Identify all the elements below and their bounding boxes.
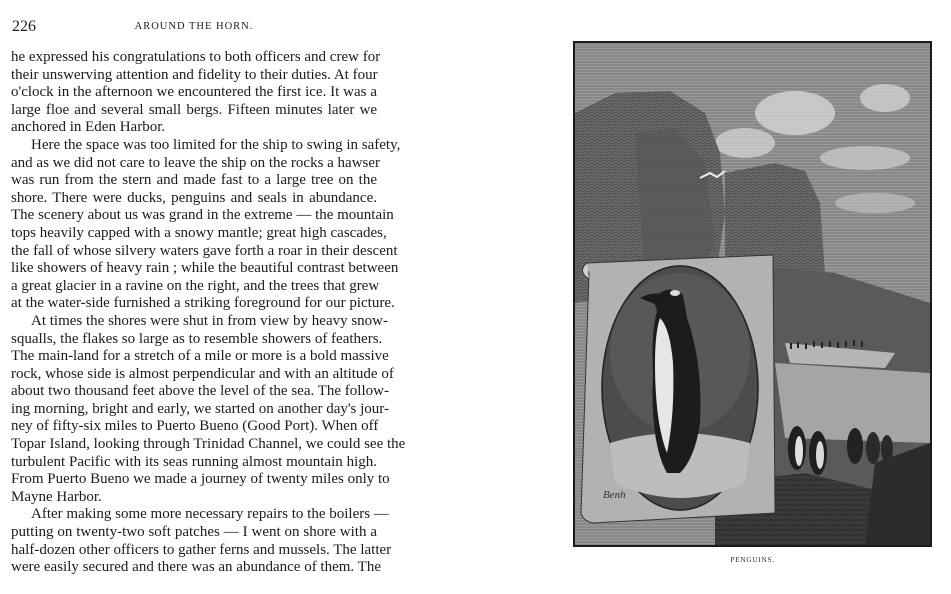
text-line: Here the space was too limited for the s…	[11, 137, 377, 155]
text-line: tops heavily capped with a snowy mantle;…	[11, 225, 377, 243]
right-page: Benh PENGUINS.	[420, 0, 951, 594]
text-line: squalls, the flakes so large as to resem…	[11, 331, 377, 349]
left-page: 226 AROUND THE HORN. he expressed his co…	[0, 0, 420, 594]
svg-text:Benh: Benh	[603, 489, 626, 501]
text-line: From Puerto Bueno we made a journey of t…	[11, 471, 377, 489]
text-line: about two thousand feet above the level …	[11, 383, 377, 401]
text-line: shore. There were ducks, penguins and se…	[11, 190, 377, 208]
text-line: After making some more necessary repairs…	[11, 506, 377, 524]
text-line: half-dozen other officers to gather fern…	[11, 542, 377, 560]
text-line: he expressed his congratulations to both…	[11, 49, 377, 67]
text-line: like showers of heavy rain ; while the b…	[11, 260, 377, 278]
penguins-illustration: Benh	[575, 43, 930, 545]
text-line: was run from the stern and made fast to …	[11, 172, 377, 190]
text-line: ney of fifty-six miles to Puerto Bueno (…	[11, 418, 377, 436]
text-line: their unswerving attention and fidelity …	[11, 67, 377, 85]
body-text: he expressed his congratulations to both…	[11, 49, 377, 577]
text-line: Mayne Harbor.	[11, 489, 377, 507]
text-line: Topar Island, looking through Trinidad C…	[11, 436, 377, 454]
text-line: At times the shores were shut in from vi…	[11, 313, 377, 331]
text-line: at the water-side furnished a striking f…	[11, 295, 377, 313]
text-line: ing morning, bright and early, we starte…	[11, 401, 377, 419]
running-head: 226 AROUND THE HORN.	[12, 18, 376, 38]
running-title: AROUND THE HORN.	[12, 21, 376, 32]
text-line: putting on twenty-two soft patches — I w…	[11, 524, 377, 542]
text-line: were easily secured and there was an abu…	[11, 559, 377, 577]
text-line: large floe and several small bergs. Fift…	[11, 102, 377, 120]
text-line: a great glacier in a ravine on the right…	[11, 278, 377, 296]
text-line: the fall of whose silvery waters gave fo…	[11, 243, 377, 261]
text-line: turbulent Pacific with its seas running …	[11, 454, 377, 472]
text-line: and as we did not care to leave the ship…	[11, 155, 377, 173]
text-line: o'clock in the afternoon we encountered …	[11, 84, 377, 102]
text-line: The scenery about us was grand in the ex…	[11, 207, 377, 225]
penguins-engraving: Benh	[573, 41, 932, 547]
text-line: rock, whose side is almost perpendicular…	[11, 366, 377, 384]
text-line: The main-land for a stretch of a mile or…	[11, 348, 377, 366]
text-line: anchored in Eden Harbor.	[11, 119, 377, 137]
illustration-caption: PENGUINS.	[573, 555, 932, 564]
